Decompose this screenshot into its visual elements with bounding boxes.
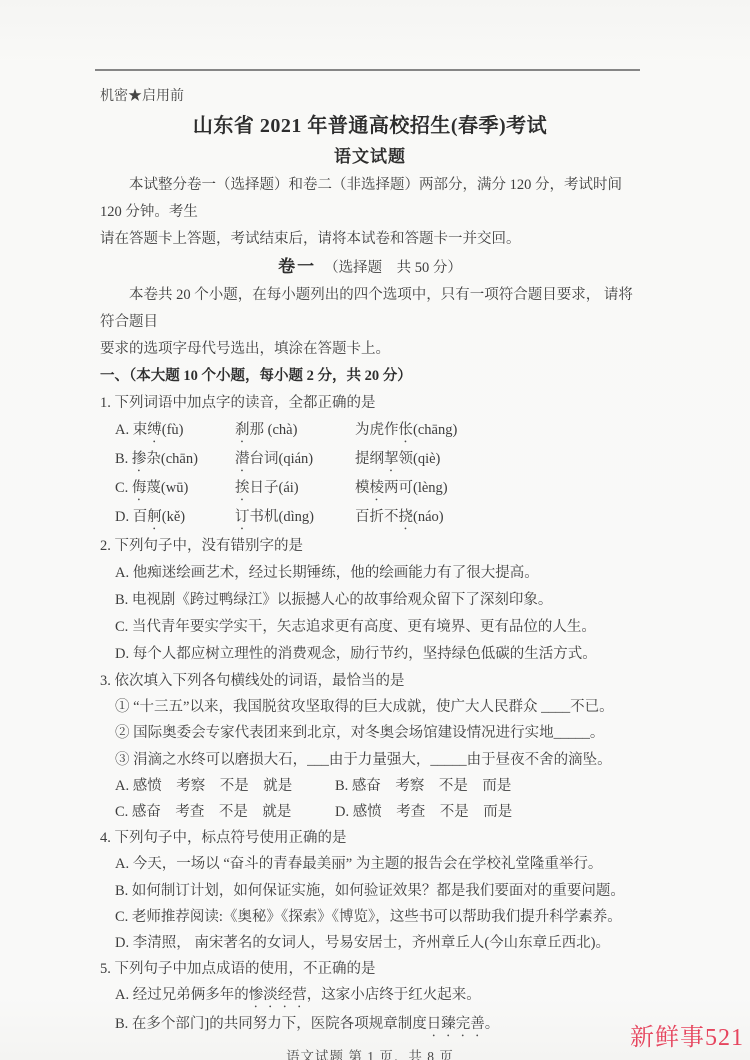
intro-line-1: 本试整分卷一（选择题）和卷二（非选择题）两部分，满分 120 分，考试时间 12… [100,172,640,226]
q3-item-3: ③ 涓滴之水终可以磨损大石，___由于力量强大，_____由于昼夜不舍的滴坠。 [100,747,640,773]
q1-a-word2: 刹那 (chà) [235,417,355,446]
q3-option-c: C. 感奋 考查 不是 就是 [115,799,335,825]
q3-stem: 3. 依次填入下列各句横线处的词语，最恰当的是 [100,668,640,694]
q2-option-b: B. 电视剧《跨过鸭绿江》以振撼人心的故事给观众留下了深刻印象。 [100,587,640,614]
q1-d-word2: 订书机(dìng) [235,504,355,533]
q4-option-c: C. 老师推荐阅读:《奥秘》《探索》《博览》，这些书可以帮助我们提升科学素养。 [100,904,640,930]
q4-stem: 4. 下列句子中，标点符号使用正确的是 [100,825,640,851]
part-one-subtitle: （选择题 共 50 分） [324,260,462,276]
q1-option-row-a: A. 束缚(fù) 刹那 (chà) 为虎作伥(chāng) [100,417,640,446]
q3-option-row-2: C. 感奋 考查 不是 就是 D. 感愤 考查 不是 而是 [100,799,640,825]
q1-c-word2: 挨日子(ái) [235,475,355,504]
q2-stem: 2. 下列句子中，没有错别字的是 [100,533,640,560]
q2-option-d: D. 每个人都应树立理性的消费观念，励行节约，坚持绿色低碳的生活方式。 [100,641,640,668]
q1-option-row-b: B. 掺杂(chān) 潜台词(qián) 提纲挈领(qiè) [100,446,640,475]
q1-d-word3: 百折不挠(náo) [355,504,640,533]
q1-a-word3: 为虎作伥(chāng) [355,417,640,446]
page-footer: 语文试题 第 1 页，共 8 页 [100,1045,640,1060]
top-rule [95,69,640,71]
q4-option-d: D. 李清照， 南宋著名的女词人，号易安居士，齐州章丘人(今山东章丘西北)。 [100,930,640,956]
q1-d-word1: D. 百舸(kě) [115,504,235,533]
q1-c-word3: 模棱两可(lèng) [355,475,640,504]
q5-stem: 5. 下列句子中加点成语的使用，不正确的是 [100,956,640,982]
q2-option-c: C. 当代青年要实学实干，矢志追求更有高度、更有境界、更有品位的人生。 [100,614,640,641]
watermark: 新鲜事521 [630,1017,744,1052]
q1-stem: 1. 下列词语中加点字的读音，全都正确的是 [100,390,640,417]
q4-option-a: A. 今天，一场以 “奋斗的青春最美丽” 为主题的报告会在学校礼堂隆重举行。 [100,851,640,877]
part-one-title: 卷一 [278,257,316,276]
q1-b-word2: 潜台词(qián) [235,446,355,475]
q3-option-b: B. 感奋 考察 不是 而是 [335,773,640,799]
q5-option-b: B. 在多个部门]的共同努力下，医院各项规章制度日臻完善。 [100,1011,640,1040]
q5-option-a: A. 经过兄弟俩多年的惨淡经营，这家小店终于红火起来。 [100,982,640,1011]
q3-item-2: ② 国际奥委会专家代表团来到北京，对冬奥会场馆建设情况进行实地_____。 [100,720,640,746]
q3-option-d: D. 感愤 考查 不是 而是 [335,799,640,825]
part-one-heading: 卷一（选择题 共 50 分） [100,253,640,282]
q1-b-word3: 提纲挈领(qiè) [355,446,640,475]
q2-option-a: A. 他痴迷绘画艺术，经过长期锤练，他的绘画能力有了很大提高。 [100,560,640,587]
secret-label: 机密★启用前 [100,84,640,110]
q1-option-row-c: C. 侮蔑(wū) 挨日子(ái) 模棱两可(lèng) [100,475,640,504]
q3-item-1: ① “十三五”以来，我国脱贫攻坚取得的巨大成就，使广大人民群众 ____不已。 [100,694,640,720]
q1-c-word1: C. 侮蔑(wū) [115,475,235,504]
q4-option-b: B. 如何制订计划，如何保证实施，如何验证效果？都是我们要面对的重要问题。 [100,878,640,904]
instruction-line-1: 本卷共 20 个小题，在每小题列出的四个选项中，只有一项符合题目要求， 请将符合… [100,282,640,336]
instruction-line-2: 要求的选项字母代号选出，填涂在答题卡上。 [100,336,640,363]
q3-option-row-1: A. 感愤 考察 不是 就是 B. 感奋 考察 不是 而是 [100,773,640,799]
intro-line-2: 请在答题卡上答题，考试结束后，请将本试卷和答题卡一并交回。 [100,226,640,253]
exam-title: 山东省 2021 年普通高校招生(春季)考试 [100,110,640,142]
q3-option-a: A. 感愤 考察 不是 就是 [115,773,335,799]
q1-b-word1: B. 掺杂(chān) [115,446,235,475]
q1-a-word1: A. 束缚(fù) [115,417,235,446]
section-one-heading: 一、（本大题 10 个小题，每小题 2 分，共 20 分） [100,363,640,390]
exam-page: 机密★启用前 山东省 2021 年普通高校招生(春季)考试 语文试题 本试整分卷… [100,84,640,1060]
exam-subtitle: 语文试题 [100,142,640,172]
q1-option-row-d: D. 百舸(kě) 订书机(dìng) 百折不挠(náo) [100,504,640,533]
